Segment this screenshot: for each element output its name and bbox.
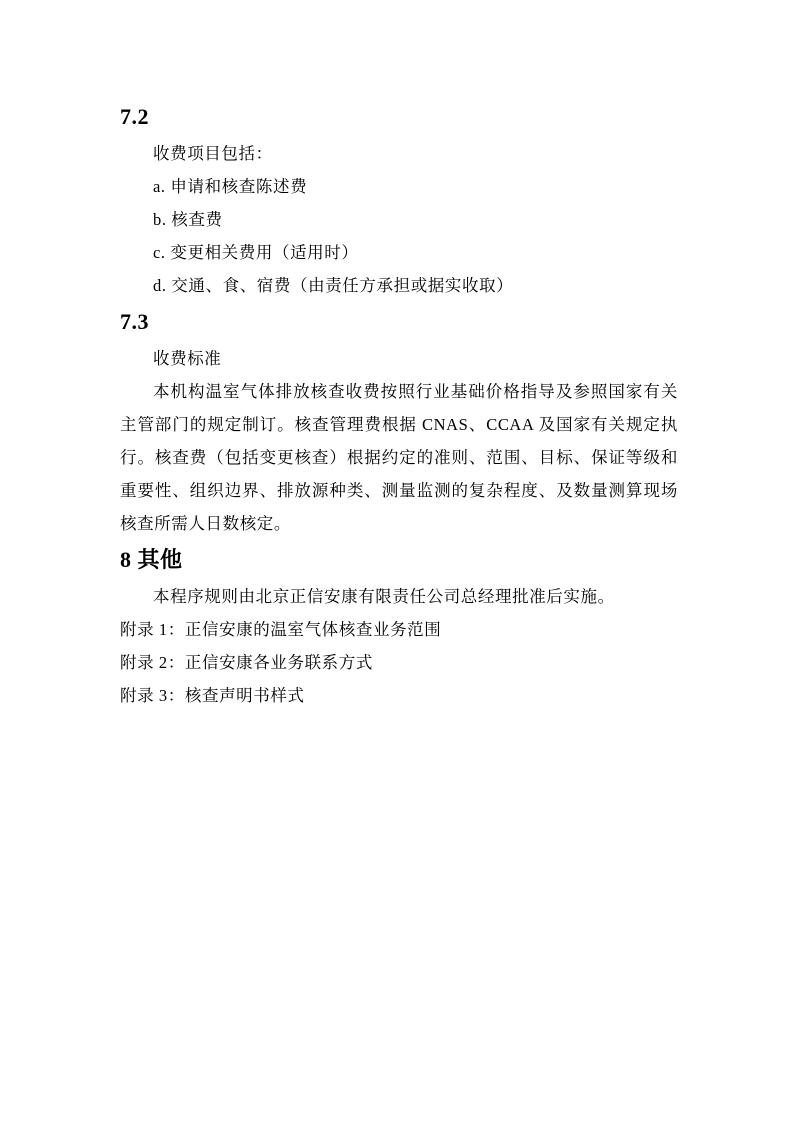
- fee-item-b: b. 核查费: [120, 203, 678, 236]
- section-heading-8: 8 其他: [120, 540, 678, 580]
- section-heading-7-3: 7.3: [120, 302, 678, 342]
- section-heading-7-2: 7.2: [120, 97, 678, 137]
- document-page: 7.2 收费项目包括： a. 申请和核查陈述费 b. 核查费 c. 变更相关费用…: [0, 0, 800, 1131]
- fee-standard-paragraph: 本机构温室气体排放核查收费按照行业基础价格指导及参照国家有关主管部门的规定制订。…: [120, 375, 678, 540]
- appendix-item-2: 附录 2：正信安康各业务联系方式: [120, 646, 678, 679]
- appendix-item-3: 附录 3：核查声明书样式: [120, 679, 678, 712]
- fee-standard-subtitle: 收费标准: [120, 342, 678, 375]
- approval-statement: 本程序规则由北京正信安康有限责任公司总经理批准后实施。: [120, 580, 678, 613]
- page-content: 7.2 收费项目包括： a. 申请和核查陈述费 b. 核查费 c. 变更相关费用…: [120, 97, 678, 712]
- appendix-item-1: 附录 1：正信安康的温室气体核查业务范围: [120, 613, 678, 646]
- fee-item-a: a. 申请和核查陈述费: [120, 170, 678, 203]
- fee-item-c: c. 变更相关费用（适用时）: [120, 236, 678, 269]
- fee-items-intro: 收费项目包括：: [120, 137, 678, 170]
- fee-item-d: d. 交通、食、宿费（由责任方承担或据实收取）: [120, 269, 678, 302]
